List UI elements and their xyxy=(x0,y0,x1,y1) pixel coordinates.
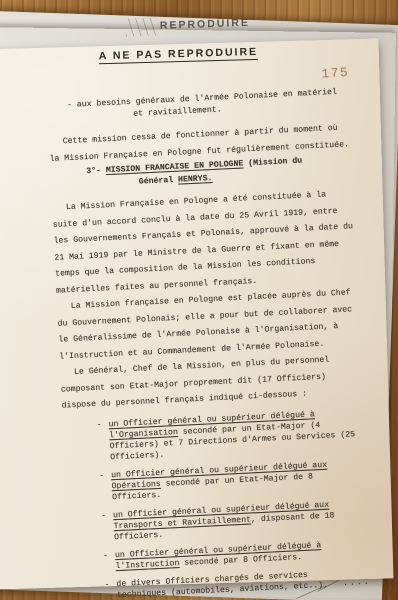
archive-photo: REPRODUIRE A NE PAS REPRODUIRE 175 - aux… xyxy=(0,0,398,600)
document-page: A NE PAS REPRODUIRE 175 - aux besoins gé… xyxy=(0,38,393,589)
list-item: -un Officier général ou supérieur délégu… xyxy=(101,497,368,543)
page-number: 175 xyxy=(321,65,350,82)
section-title-suffix: (Mission du xyxy=(243,157,302,169)
section-number: 3°- xyxy=(86,166,106,176)
bullet-dash: - xyxy=(101,510,106,521)
bullet-dash: - xyxy=(99,470,104,481)
bullet-dash: - xyxy=(103,550,108,561)
bullet-dash: - xyxy=(104,579,109,590)
document-text: - aux besoins généraux de l'Armée Polona… xyxy=(47,86,371,600)
do-not-reproduce-stamp: A NE PAS REPRODUIRE xyxy=(99,46,259,64)
general-name: HENRYS. xyxy=(178,173,213,184)
list-item: -un Officier général ou supérieur délégu… xyxy=(103,537,370,572)
intro-paragraph: - aux besoins généraux de l'Armée Polona… xyxy=(47,86,348,125)
trailing-dots: .... xyxy=(343,576,371,588)
list-item: -un Officier général ou supérieur délégu… xyxy=(99,457,366,503)
bullet-dash: - xyxy=(96,419,101,430)
paragraph-constitution: La Mission Française en Pologne a été co… xyxy=(52,186,356,300)
general-label: Général xyxy=(139,175,179,186)
officer-list: -un Officier général ou supérieur délégu… xyxy=(96,406,371,600)
list-item: -un Officier général ou supérieur délégu… xyxy=(96,406,364,463)
